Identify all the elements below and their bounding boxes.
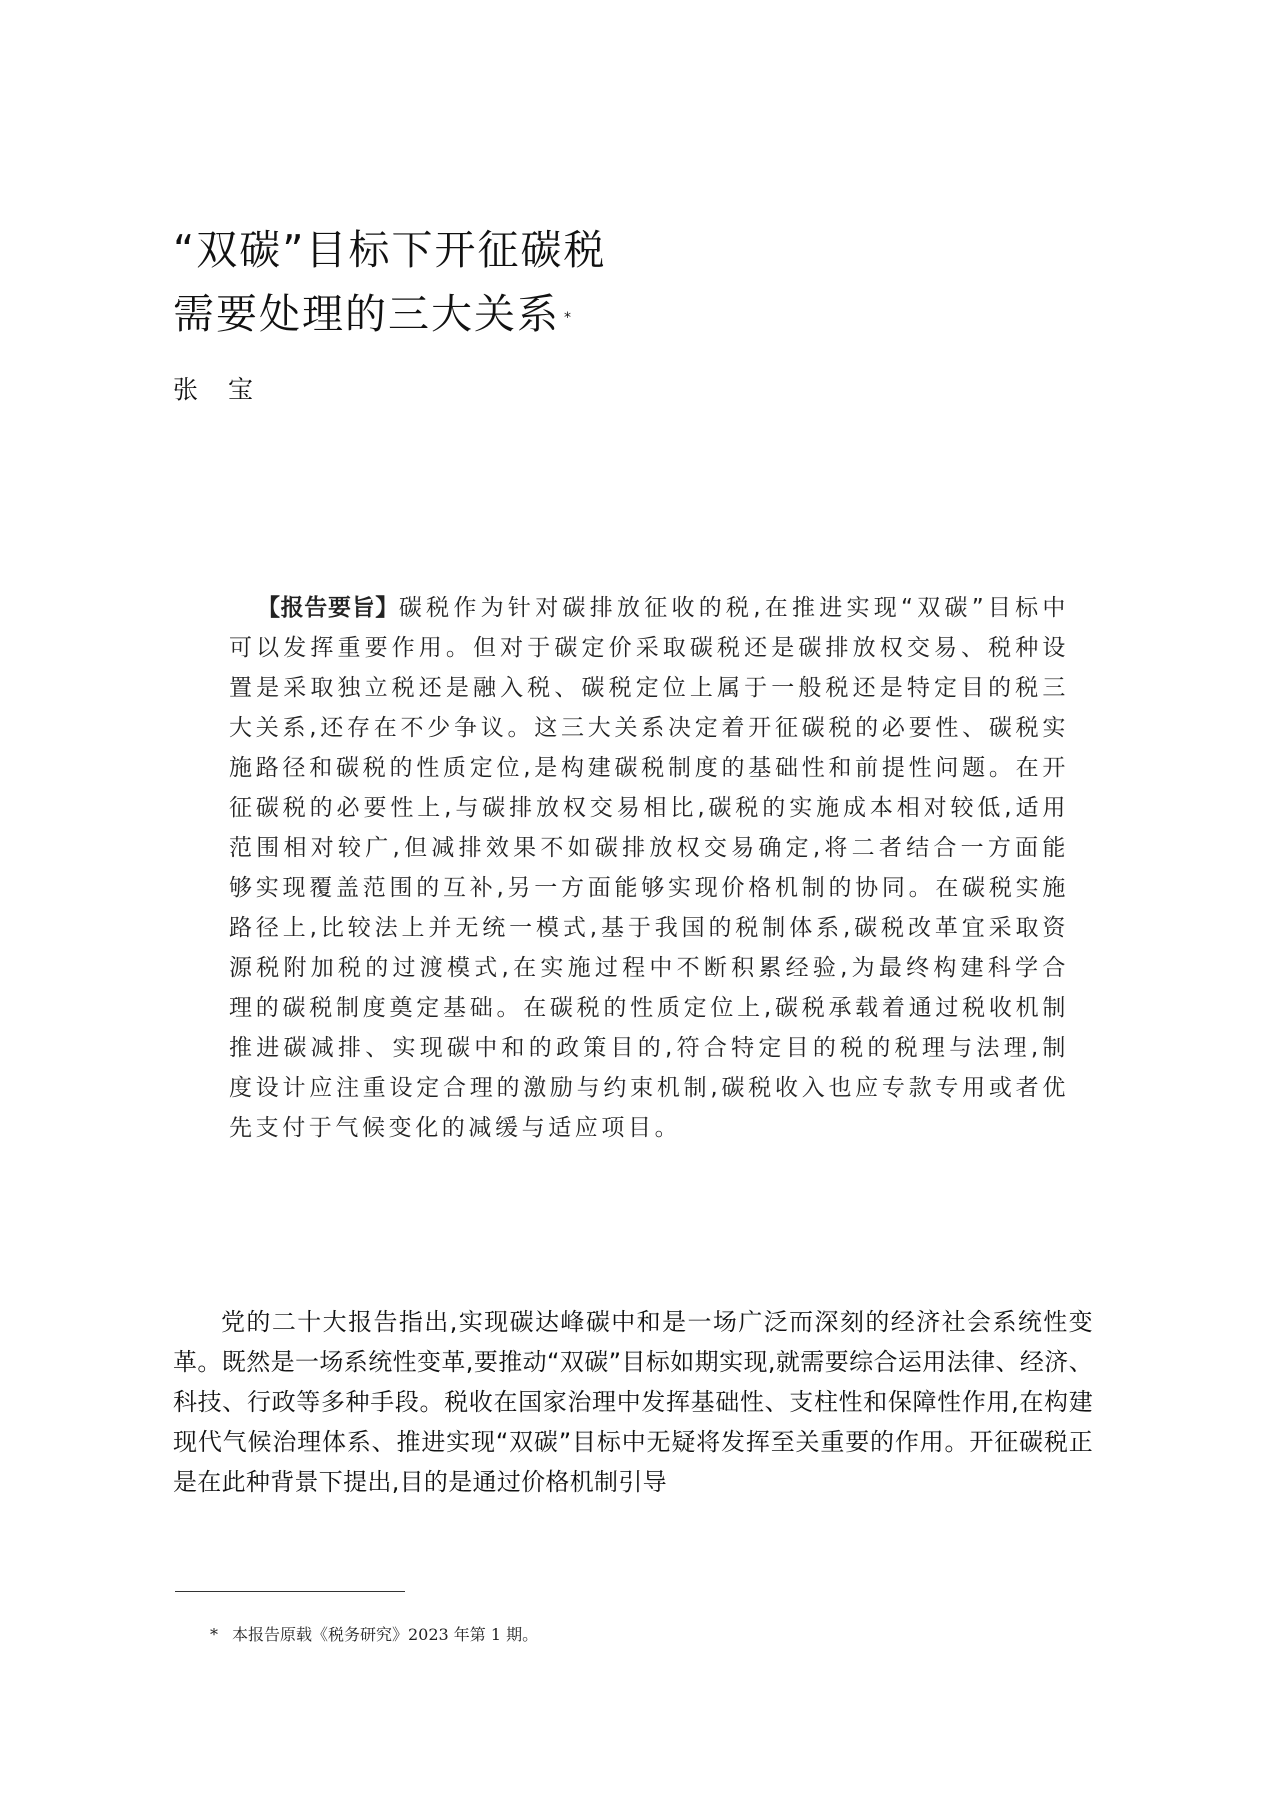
footnote-text: 本报告原载《税务研究》2023 年第 1 期。	[232, 1625, 538, 1644]
author-name: 张宝	[173, 370, 283, 406]
title-line-1: “双碳”目标下开征碳税	[173, 226, 606, 274]
abstract-block: 【报告要旨】碳税作为针对碳排放征收的税,在推进实现“双碳”目标中可以发挥重要作用…	[229, 588, 1069, 1148]
body-paragraph-1: 党的二十大报告指出,实现碳达峰碳中和是一场广泛而深刻的经济社会系统性变革。既然是…	[173, 1302, 1093, 1502]
abstract-text: 碳税作为针对碳排放征收的税,在推进实现“双碳”目标中可以发挥重要作用。但对于碳定…	[229, 595, 1069, 1141]
footnote: *本报告原载《税务研究》2023 年第 1 期。	[210, 1622, 538, 1645]
abstract-label: 【报告要旨】	[257, 595, 399, 621]
title-footnote-mark[interactable]: *	[564, 310, 573, 326]
footnote-mark: *	[210, 1625, 218, 1644]
footnote-divider	[175, 1591, 405, 1592]
title-line-2: 需要处理的三大关系	[173, 290, 560, 338]
article-title: “双碳”目标下开征碳税 需要处理的三大关系*	[173, 218, 606, 346]
body-text: 党的二十大报告指出,实现碳达峰碳中和是一场广泛而深刻的经济社会系统性变革。既然是…	[173, 1302, 1093, 1502]
